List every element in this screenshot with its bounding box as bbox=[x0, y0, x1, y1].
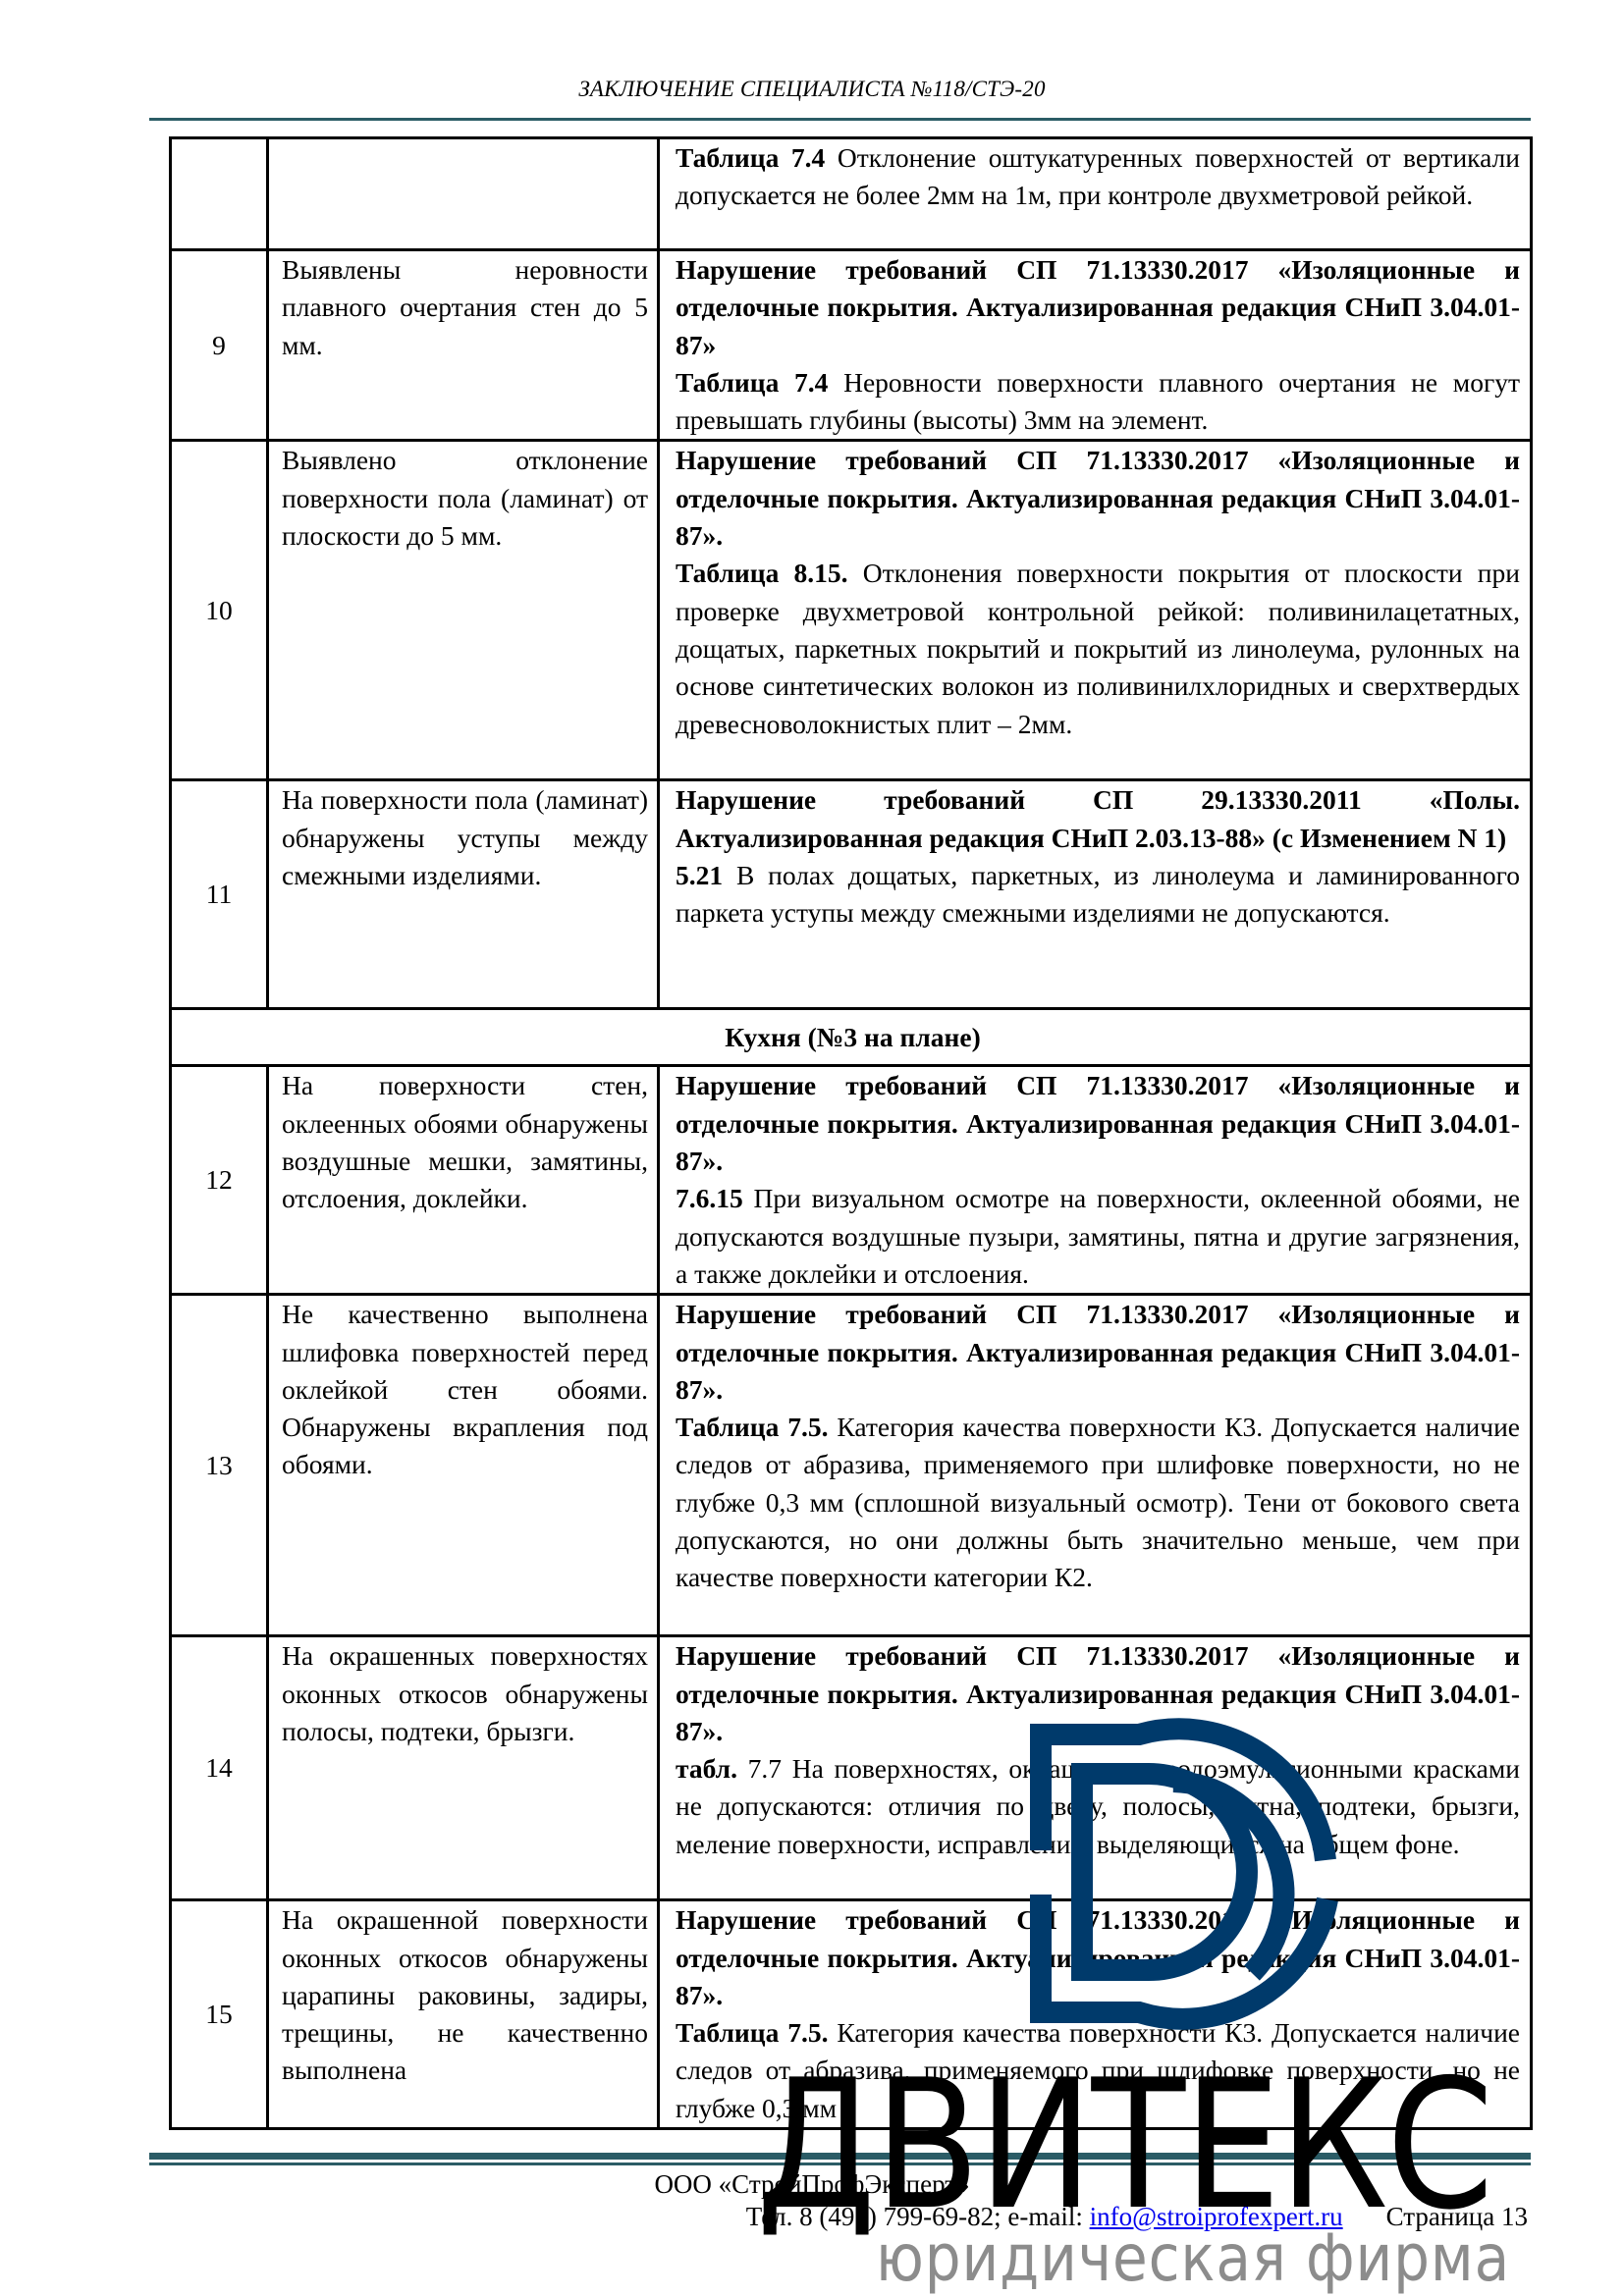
norm-reference: Нарушение требований СП 71.13330.2017 «И… bbox=[659, 250, 1532, 441]
norm-text: При визуальном осмотре на поверхности, о… bbox=[676, 1183, 1520, 1289]
norm-bold-ref: табл. bbox=[676, 1753, 737, 1784]
norm-paragraph: 5.21 В полах дощатых, паркетных, из лино… bbox=[676, 857, 1520, 933]
table-row: 9Выявлены неровности плавного очертания … bbox=[171, 250, 1532, 441]
norm-reference: Таблица 7.4 Отклонение оштукатуренных по… bbox=[659, 138, 1532, 250]
defect-description: Выявлено отклонение поверхности пола (ла… bbox=[268, 441, 659, 780]
table-row: 11На поверхности пола (ламинат) обнаруже… bbox=[171, 780, 1532, 1009]
defect-description: На поверхности пола (ламинат) обнаружены… bbox=[268, 780, 659, 1009]
norm-bold-ref: Нарушение требований СП 29.13330.2011 «П… bbox=[676, 784, 1520, 852]
row-number: 15 bbox=[171, 1900, 268, 2129]
footer-divider-thin bbox=[149, 2163, 1531, 2165]
footer-phone: Тел. 8 (495) 799-69-82; e-mail: bbox=[746, 2202, 1090, 2231]
footer-email-link[interactable]: info@stroiprofexpert.ru bbox=[1090, 2202, 1343, 2231]
row-number: 12 bbox=[171, 1066, 268, 1295]
header-divider bbox=[149, 118, 1531, 121]
table-row: 12На поверхности стен, оклеенных обоями … bbox=[171, 1066, 1532, 1295]
norm-paragraph: 7.6.15 При визуальном осмотре на поверхн… bbox=[676, 1180, 1520, 1293]
norm-paragraph: Нарушение требований СП 71.13330.2017 «И… bbox=[676, 1901, 1520, 2014]
norm-bold-ref: Нарушение требований СП 71.13330.2017 «И… bbox=[676, 254, 1520, 360]
footer-divider-thick bbox=[149, 2153, 1531, 2160]
norm-paragraph: Таблица 7.4 Неровности поверхности плавн… bbox=[676, 364, 1520, 440]
norm-bold-ref: Таблица 7.4 bbox=[676, 142, 825, 173]
norm-bold-ref: Таблица 7.5. bbox=[676, 1412, 829, 1442]
norm-reference: Нарушение требований СП 29.13330.2011 «П… bbox=[659, 780, 1532, 1009]
footer-contact: Тел. 8 (495) 799-69-82; e-mail: info@str… bbox=[746, 2202, 1528, 2232]
table-row: 10Выявлено отклонение поверхности пола (… bbox=[171, 441, 1532, 780]
norm-bold-ref: Таблица 7.5. bbox=[676, 2017, 829, 2048]
norm-paragraph: Нарушение требований СП 71.13330.2017 «И… bbox=[676, 442, 1520, 555]
defect-description: На поверхности стен, оклеенных обоями об… bbox=[268, 1066, 659, 1295]
defect-description: На окрашенной поверхности оконных откосо… bbox=[268, 1900, 659, 2129]
norm-bold-ref: Нарушение требований СП 71.13330.2017 «И… bbox=[676, 445, 1520, 551]
norm-paragraph: Нарушение требований СП 71.13330.2017 «И… bbox=[676, 1296, 1520, 1409]
document-header-title: ЗАКЛЮЧЕНИЕ СПЕЦИАЛИСТА №118/СТЭ-20 bbox=[0, 77, 1624, 102]
row-number: 13 bbox=[171, 1295, 268, 1636]
table-row: 15На окрашенной поверхности оконных отко… bbox=[171, 1900, 1532, 2129]
norm-bold-ref: Таблица 7.4 bbox=[676, 367, 828, 398]
norm-paragraph: Нарушение требований СП 71.13330.2017 «И… bbox=[676, 251, 1520, 364]
norm-bold-ref: Таблица 8.15. bbox=[676, 558, 848, 588]
defect-description bbox=[268, 138, 659, 250]
norm-bold-ref: 5.21 bbox=[676, 860, 723, 890]
row-number: 9 bbox=[171, 250, 268, 441]
norm-paragraph: Таблица 8.15. Отклонения поверхности пок… bbox=[676, 555, 1520, 742]
section-title: Кухня (№3 на плане) bbox=[171, 1009, 1532, 1066]
row-number: 14 bbox=[171, 1636, 268, 1900]
norm-paragraph: табл. 7.7 На поверхностях, окрашенных во… bbox=[676, 1750, 1520, 1863]
defects-table: Таблица 7.4 Отклонение оштукатуренных по… bbox=[169, 136, 1533, 2130]
norm-paragraph: Нарушение требований СП 71.13330.2017 «И… bbox=[676, 1637, 1520, 1750]
norm-text: В полах дощатых, паркетных, из линолеума… bbox=[676, 860, 1520, 928]
defect-description: На окрашенных поверхностях оконных откос… bbox=[268, 1636, 659, 1900]
norm-bold-ref: Нарушение требований СП 71.13330.2017 «И… bbox=[676, 1299, 1520, 1405]
norm-reference: Нарушение требований СП 71.13330.2017 «И… bbox=[659, 441, 1532, 780]
norm-paragraph: Таблица 7.4 Отклонение оштукатуренных по… bbox=[676, 139, 1520, 215]
row-number: 10 bbox=[171, 441, 268, 780]
norm-reference: Нарушение требований СП 71.13330.2017 «И… bbox=[659, 1900, 1532, 2129]
table-row: 14На окрашенных поверхностях оконных отк… bbox=[171, 1636, 1532, 1900]
row-number: 11 bbox=[171, 780, 268, 1009]
defect-description: Не качественно выполнена шлифовка поверх… bbox=[268, 1295, 659, 1636]
norm-text: 7.7 На поверхностях, окрашенных водоэмул… bbox=[676, 1753, 1520, 1859]
norm-paragraph: Нарушение требований СП 71.13330.2017 «И… bbox=[676, 1067, 1520, 1180]
norm-paragraph: Таблица 7.5. Категория качества поверхно… bbox=[676, 2014, 1520, 2127]
section-row: Кухня (№3 на плане) bbox=[171, 1009, 1532, 1066]
norm-bold-ref: Нарушение требований СП 71.13330.2017 «И… bbox=[676, 1070, 1520, 1176]
page-number: Страница 13 bbox=[1386, 2202, 1528, 2231]
norm-paragraph: Нарушение требований СП 29.13330.2011 «П… bbox=[676, 781, 1520, 857]
norm-paragraph: Таблица 7.5. Категория качества поверхно… bbox=[676, 1409, 1520, 1596]
watermark-subtitle: юридическая фирма bbox=[876, 2226, 1510, 2291]
norm-bold-ref: Нарушение требований СП 71.13330.2017 «И… bbox=[676, 1640, 1520, 1746]
table-row: 13Не качественно выполнена шлифовка пове… bbox=[171, 1295, 1532, 1636]
norm-bold-ref: Нарушение требований СП 71.13330.2017 «И… bbox=[676, 1904, 1520, 2010]
footer-company: ООО «СтройПрофЭксперт» bbox=[0, 2169, 1624, 2200]
norm-reference: Нарушение требований СП 71.13330.2017 «И… bbox=[659, 1295, 1532, 1636]
table-row: Таблица 7.4 Отклонение оштукатуренных по… bbox=[171, 138, 1532, 250]
defect-description: Выявлены неровности плавного очертания с… bbox=[268, 250, 659, 441]
row-number bbox=[171, 138, 268, 250]
norm-reference: Нарушение требований СП 71.13330.2017 «И… bbox=[659, 1636, 1532, 1900]
norm-reference: Нарушение требований СП 71.13330.2017 «И… bbox=[659, 1066, 1532, 1295]
norm-bold-ref: 7.6.15 bbox=[676, 1183, 743, 1213]
